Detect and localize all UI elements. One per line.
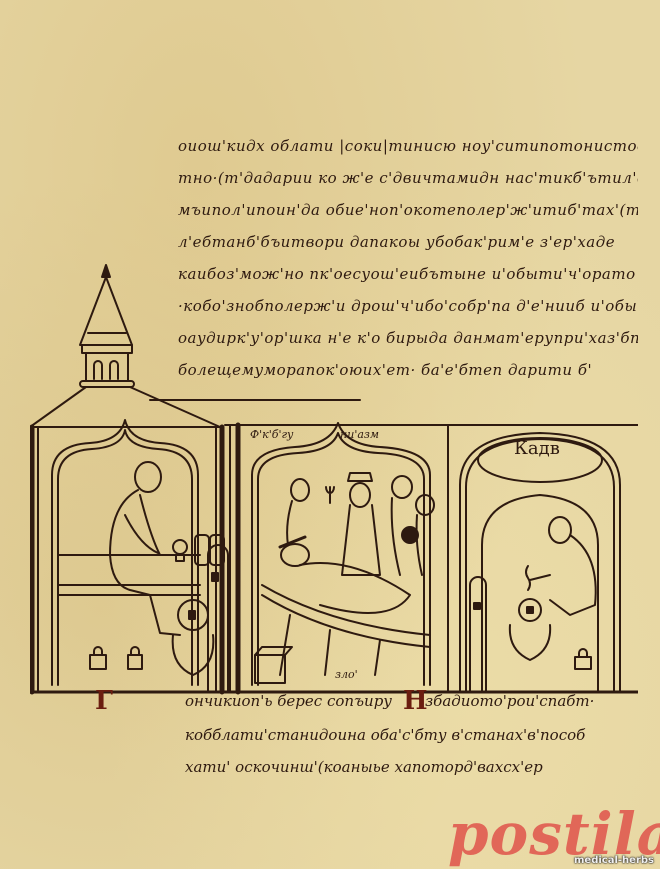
center-panel-label-right: ни'азм bbox=[340, 428, 379, 441]
center-panel-label-left: Ф'к'б'гу bbox=[250, 428, 293, 441]
caption-line-4: хати' оскочинш'(коаныье хапоторд'вахсх'е… bbox=[185, 758, 543, 776]
center-panel bbox=[225, 423, 638, 692]
caption-initial-right: Н bbox=[403, 686, 428, 716]
text-line-4: л'ебтанб'бъитвори дапакоы убобак'рим'е з… bbox=[178, 226, 638, 258]
text-line-1: оиош'кидх облати |соки|тинисю ноу'ситипо… bbox=[178, 130, 638, 162]
caption-line-2: збадиото'рои'спабт· bbox=[425, 692, 594, 710]
manuscript-page: оиош'кидх облати |соки|тинисю ноу'ситипо… bbox=[0, 0, 660, 869]
text-line-3: мъипол'ипоин'да обие'ноп'окотеполер'ж'ит… bbox=[178, 194, 638, 226]
right-panel-label: Кадв bbox=[514, 438, 560, 459]
caption-line-3: кобблати'станидоина оба'с'бту в'станах'в… bbox=[185, 726, 585, 744]
left-panel bbox=[30, 265, 360, 692]
caption-line-1: ончикиоп'ь берес сопъиру bbox=[185, 692, 392, 710]
center-panel-label-bottom: зло' bbox=[335, 668, 358, 681]
miniature-illustration bbox=[30, 255, 638, 695]
watermark-corner: medical-herbs bbox=[574, 855, 654, 866]
right-panel bbox=[460, 433, 620, 692]
caption-initial-left: Г bbox=[95, 686, 113, 716]
text-line-2: тно·(т'дадарии ко ж'е с'двичтамидн нас'т… bbox=[178, 162, 638, 194]
